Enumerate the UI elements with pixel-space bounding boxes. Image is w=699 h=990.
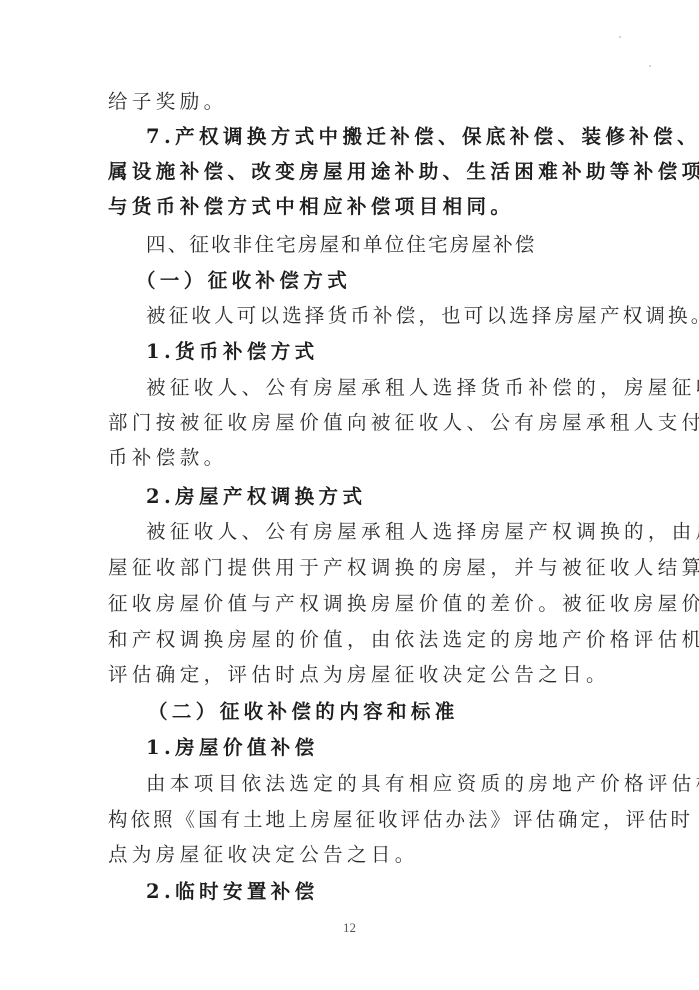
monetary-compensation-heading: 1.货币补偿方式 [146,340,592,364]
property-exchange-heading: 2.房屋产权调换方式 [146,485,592,509]
monetary-body-line-1: 被征收人、公有房屋承租人选择货币补偿的，房屋征收 [146,376,592,400]
item-7-line-1: 7.产权调换方式中搬迁补偿、保底补偿、装修补偿、附 [146,125,592,149]
page-number: 12 [0,920,699,936]
house-value-heading: 1.房屋价值补偿 [146,736,592,760]
subsection-2-heading: （二）征收补偿的内容和标准 [148,700,594,724]
monetary-body-line-2: 部门按被征收房屋价值向被征收人、公有房屋承租人支付货 [108,411,592,435]
scan-artifact [649,65,651,67]
exchange-body-line-2: 屋征收部门提供用于产权调换的房屋，并与被征收人结算被 [108,556,592,580]
exchange-body-line-3: 征收房屋价值与产权调换房屋价值的差价。被征收房屋价值 [108,592,592,616]
item-7-line-2: 属设施补偿、改变房屋用途补助、生活困难补助等补偿项目 [108,160,592,184]
temporary-resettlement-heading: 2.临时安置补偿 [146,880,592,904]
subsection-1-heading: （一）征收补偿方式 [136,269,582,293]
exchange-body-line-1: 被征收人、公有房屋承租人选择房屋产权调换的，由房 [146,520,592,544]
scan-artifact [619,36,621,38]
section-4-heading: 四、征收非住宅房屋和单位住宅房屋补偿 [146,233,592,257]
exchange-body-line-5: 评估确定，评估时点为房屋征收决定公告之日。 [108,663,592,687]
document-page: 给子奖励。 7.产权调换方式中搬迁补偿、保底补偿、装修补偿、附 属设施补偿、改变… [0,0,699,990]
house-value-body-line-2: 构依照《国有土地上房屋征收评估办法》评估确定，评估时 [108,808,592,832]
body-line-reward: 给子奖励。 [108,90,592,114]
exchange-body-line-4: 和产权调换房屋的价值，由依法选定的房地产价格评估机构 [108,628,592,652]
body-line-choice: 被征收人可以选择货币补偿，也可以选择房屋产权调换。 [146,304,592,328]
house-value-body-line-1: 由本项目依法选定的具有相应资质的房地产价格评估机 [146,772,592,796]
monetary-body-line-3: 币补偿款。 [108,446,592,470]
item-7-line-3: 与货币补偿方式中相应补偿项目相同。 [108,195,592,219]
house-value-body-line-3: 点为房屋征收决定公告之日。 [108,843,592,867]
